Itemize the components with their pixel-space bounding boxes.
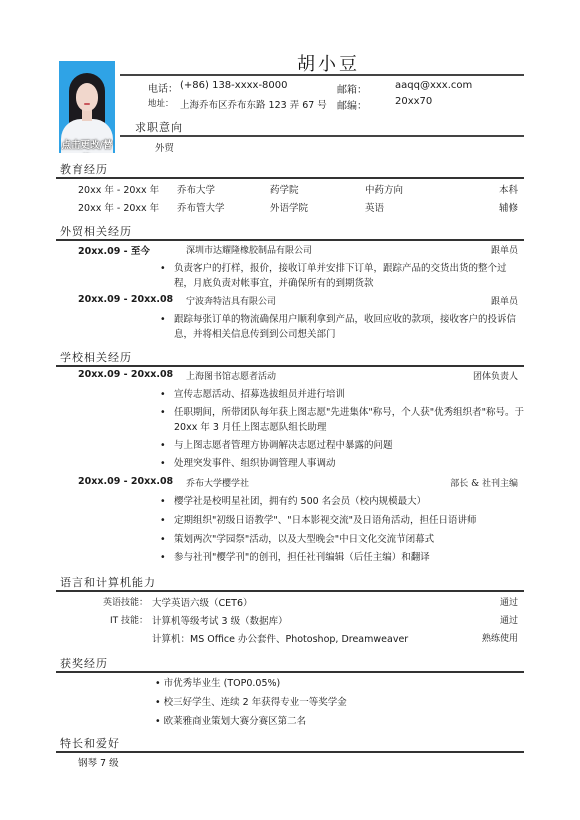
- section-title-education: 教育经历: [60, 161, 108, 177]
- trade-role: 跟单员: [440, 294, 518, 307]
- objective-divider: [120, 135, 524, 137]
- award-item: • 市优秀毕业生 (TOP0.05%): [155, 675, 280, 689]
- candidate-name: 胡小豆: [133, 50, 524, 76]
- skill-label: IT 技能：: [70, 613, 148, 626]
- postcode-label: 邮编：: [337, 97, 367, 112]
- skill-value: 大学英语六级（CET6）: [152, 595, 252, 609]
- email-value: aaqq@xxx.com: [395, 80, 472, 91]
- skill-label: 英语技能：: [70, 595, 148, 608]
- award-text: 市优秀毕业生 (TOP0.05%): [164, 678, 281, 689]
- hobbies-divider: [56, 751, 524, 753]
- trade-bullet: 跟踪每张订单的物流确保用户顺利拿到产品，收回应收的款项，接收客户的投诉信息，并将…: [160, 312, 524, 342]
- school-role: 团体负责人: [420, 369, 518, 382]
- education-period: 20xx 年 - 20xx 年: [78, 200, 159, 214]
- skills-divider: [56, 590, 524, 592]
- award-item: • 校三好学生、连续 2 年获得专业一等奖学金: [155, 694, 347, 708]
- trade-divider: [56, 239, 524, 241]
- education-college: 外语学院: [270, 200, 308, 214]
- address-label: 地址：: [148, 97, 174, 109]
- school-bullet: 与上图志愿者管理方协调解决志愿过程中暴露的问题: [160, 438, 524, 453]
- education-degree: 本科: [470, 182, 518, 196]
- change-photo-button[interactable]: 点击更改/替换: [59, 139, 115, 153]
- phone-value: (+86) 138-xxxx-8000: [180, 80, 288, 91]
- profile-photo[interactable]: 点击更改/替换: [59, 61, 115, 153]
- photo-lips: [84, 103, 90, 105]
- awards-divider: [56, 671, 524, 673]
- postcode-value: 20xx70: [395, 96, 432, 107]
- education-major: 中药方向: [365, 182, 403, 196]
- skill-value: 计算机：MS Office 办公套件、Photoshop, Dreamweave…: [152, 631, 408, 645]
- trade-bullet: 负责客户的打样，报价，接收订单并安排下订单，跟踪产品的交货出货的整个过程，月底负…: [160, 261, 524, 291]
- school-period: 20xx.09 - 20xx.08: [78, 369, 173, 380]
- school-bullet: 樱学社是校明星社团，拥有约 500 名会员（校内规模最大）: [160, 494, 524, 509]
- school-bullet: 定期组织"初级日语教学"、"日本影视交流"及日语角活动，担任日语讲师: [160, 513, 524, 528]
- phone-label: 电话：: [148, 80, 178, 95]
- school-bullet: 任职期间，所带团队每年获上图志愿"先进集体"称号，个人获"优秀组织者"称号。于 …: [160, 405, 524, 435]
- skill-status: 熟练使用: [440, 631, 518, 644]
- education-college: 药学院: [270, 182, 299, 196]
- award-text: 欧莱雅商业策划大赛分赛区第二名: [164, 716, 307, 727]
- section-title-skills: 语言和计算机能力: [60, 574, 156, 590]
- school-bullet: 策划两次"学园祭"活动，以及大型晚会"中日文化交流节闭幕式: [160, 532, 524, 547]
- education-school: 乔布大学: [177, 182, 215, 196]
- trade-role: 跟单员: [440, 243, 518, 256]
- header-divider: [120, 74, 524, 76]
- education-period: 20xx 年 - 20xx 年: [78, 182, 159, 196]
- award-item: • 欧莱雅商业策划大赛分赛区第二名: [155, 713, 306, 727]
- school-bullet: 宣传志愿活动、招募选拔组员并进行培训: [160, 387, 524, 402]
- education-degree: 辅修: [470, 200, 518, 214]
- school-bullet: 处理突发事件、组织协调管理人事调动: [160, 456, 524, 471]
- award-text: 校三好学生、连续 2 年获得专业一等奖学金: [164, 697, 347, 708]
- objective-value: 外贸: [155, 140, 174, 154]
- address-value: 上海乔布区乔布东路 123 弄 67 号: [180, 97, 327, 111]
- education-school: 乔布管大学: [177, 200, 225, 214]
- trade-period: 20xx.09 - 20xx.08: [78, 294, 173, 305]
- section-title-trade: 外贸相关经历: [60, 223, 132, 239]
- hobby-value: 钢琴 7 级: [78, 755, 119, 769]
- school-period: 20xx.09 - 20xx.08: [78, 476, 173, 487]
- email-label: 邮箱：: [337, 81, 367, 96]
- skill-status: 通过: [440, 613, 518, 626]
- skill-value: 计算机等级考试 3 级（数据库）: [152, 613, 288, 627]
- skill-status: 通过: [440, 595, 518, 608]
- section-title-awards: 获奖经历: [60, 655, 108, 671]
- section-title-hobbies: 特长和爱好: [60, 735, 120, 751]
- education-major: 英语: [365, 200, 384, 214]
- school-divider: [56, 365, 524, 367]
- section-title-objective: 求职意向: [135, 119, 183, 135]
- trade-org: 深圳市达耀隆橡胶制品有限公司: [186, 243, 312, 256]
- school-org: 上海图书馆志愿者活动: [186, 369, 276, 382]
- school-bullet: 参与社刊"樱学刊"的创刊，担任社刊编辑（后任主编）和翻译: [160, 550, 524, 565]
- education-divider: [56, 177, 524, 179]
- trade-period: 20xx.09 - 至今: [78, 243, 150, 257]
- photo-face: [76, 83, 98, 111]
- school-role: 部长 & 社刊主编: [400, 476, 518, 489]
- trade-org: 宁波奔特洁具有限公司: [186, 294, 276, 307]
- section-title-school: 学校相关经历: [60, 349, 132, 365]
- school-org: 乔布大学樱学社: [186, 476, 249, 489]
